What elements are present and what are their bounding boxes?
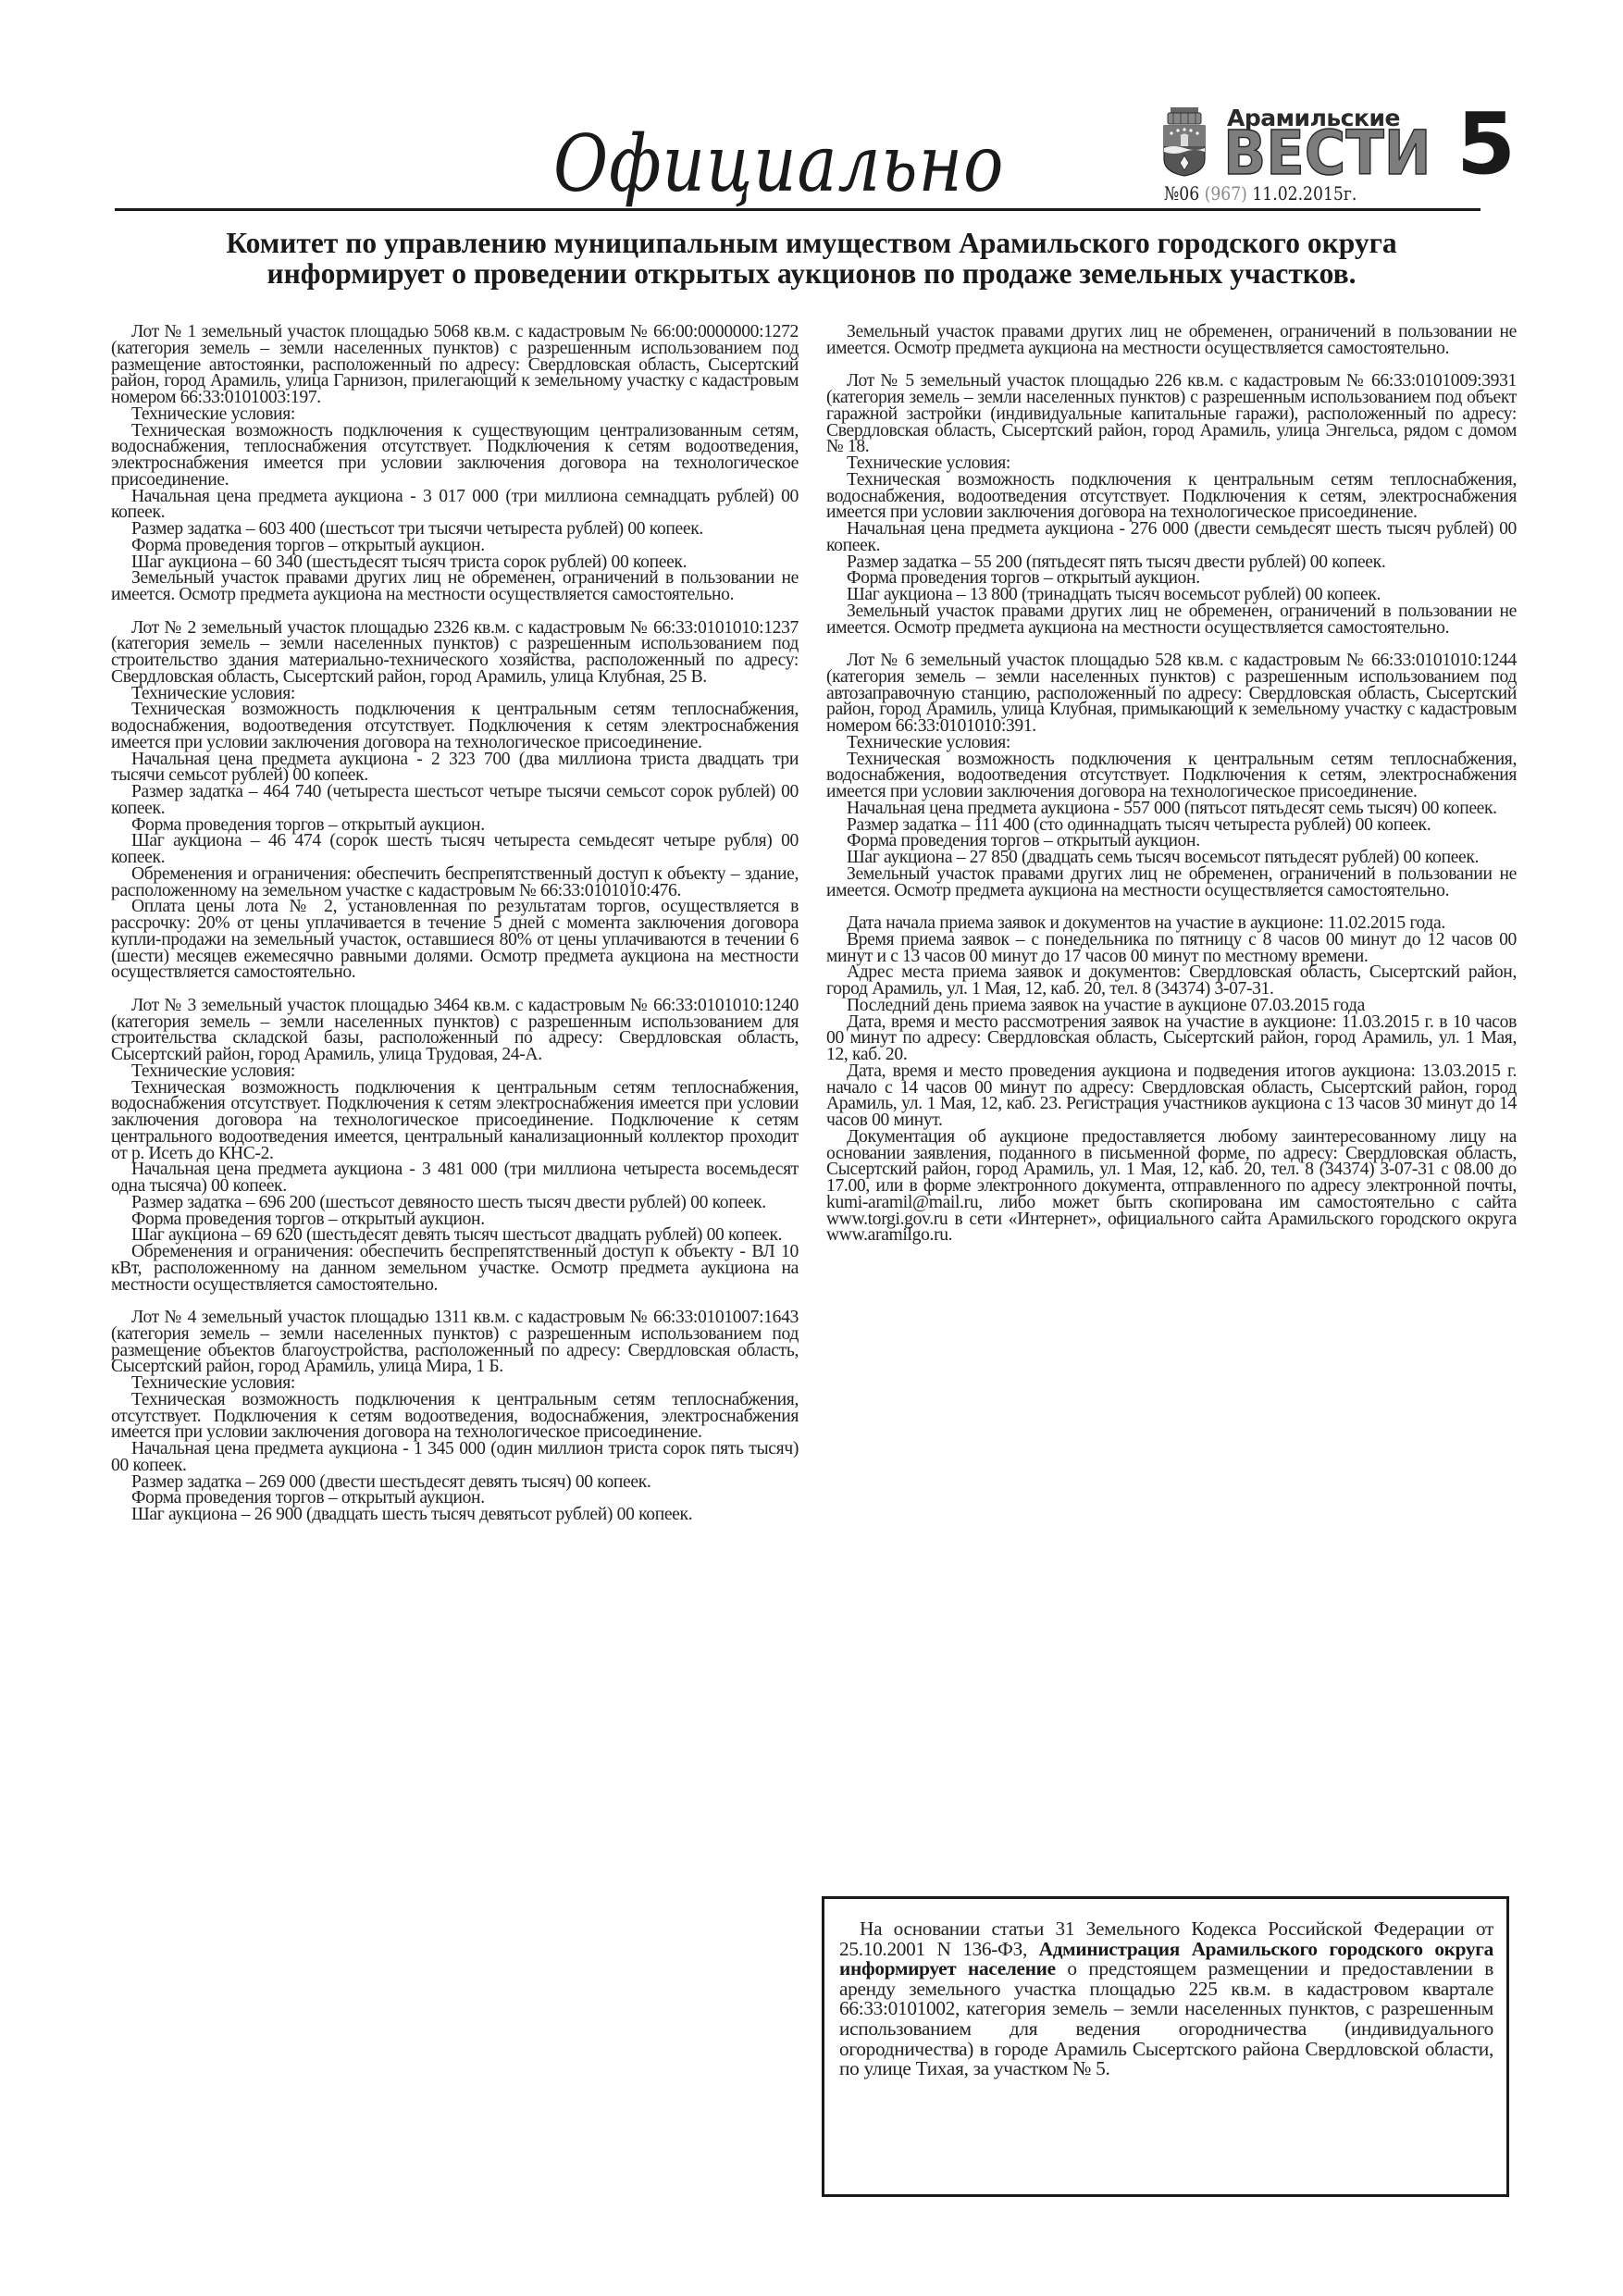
deposit: Размер задатка – 464 740 (четыреста шест… [111,784,799,817]
encumbrance: Земельный участок правами других лиц не … [826,603,1517,637]
lot-description: Лот № 3 земельный участок площадью 3464 … [111,998,799,1063]
auction-step: Шаг аукциона – 46 474 (сорок шесть тысяч… [111,833,799,866]
page-number: 5 [1456,100,1516,189]
start-price: Начальная цена предмета аукциона - 2 323… [111,751,799,785]
lot-description: Лот № 1 земельный участок площадью 5068 … [111,324,799,406]
left-column: Лот № 1 земельный участок площадью 5068 … [111,324,799,1523]
article-headline: Комитет по управлению муниципальным имущ… [115,228,1508,289]
tech-text: Техническая возможность подключения к су… [111,423,799,489]
lot-6: Лот № 6 земельный участок площадью 528 к… [826,652,1517,899]
tech-label: Технические условия: [111,406,799,423]
payment-terms: Оплата цены лота № 2, установленная по р… [111,899,799,981]
issue-number: №06 [1164,182,1199,205]
notice-text: На основании статьи 31 Земельного Кодекс… [839,1919,1493,2079]
tech-text: Техническая возможность подключения к це… [111,1392,799,1441]
lot-3: Лот № 3 земельный участок площадью 3464 … [111,998,799,1294]
lot-4: Лот № 4 земельный участок площадью 1311 … [111,1309,799,1523]
tech-text: Техническая возможность подключения к це… [111,1080,799,1162]
application-last-day: Последний день приема заявок на участие … [826,998,1517,1014]
encumbrance: Земельный участок правами других лиц не … [111,570,799,603]
lot-2: Лот № 2 земельный участок площадью 2326 … [111,620,799,982]
lot-description: Лот № 6 земельный участок площадью 528 к… [826,652,1517,735]
headline-line-2: информирует о проведении открытых аукцио… [115,258,1508,289]
start-price: Начальная цена предмета аукциона - 3 017… [111,489,799,522]
right-column: Земельный участок правами других лиц не … [826,324,1517,1244]
tech-text: Техническая возможность подключения к це… [111,701,799,751]
lot-5: Лот № 5 земельный участок площадью 226 к… [826,373,1517,636]
start-price: Начальная цена предмета аукциона - 3 481… [111,1161,799,1195]
auction-step: Шаг аукциона – 26 900 (двадцать шесть ты… [111,1507,799,1523]
lot-description: Лот № 5 земельный участок площадью 226 к… [826,373,1517,455]
tech-text: Техническая возможность подключения к це… [826,751,1517,800]
start-price: Начальная цена предмета аукциона - 276 0… [826,521,1517,554]
auction-form: Форма проведения торгов – открытый аукци… [111,538,799,554]
application-hours: Время приема заявок – с понедельника по … [826,932,1517,965]
coat-of-arms-icon [1162,105,1207,180]
headline-line-1: Комитет по управлению муниципальным имущ… [115,228,1508,258]
documentation-info: Документация об аукционе предоставляется… [826,1129,1517,1244]
issue-date: 11.02.2015г. [1252,182,1357,205]
start-price: Начальная цена предмета аукциона - 1 345… [111,1441,799,1474]
deposit: Размер задатка – 696 200 (шестьсот девян… [111,1195,799,1211]
tech-label: Технические условия: [826,735,1517,751]
auction-date: Дата, время и место проведения аукциона … [826,1063,1517,1129]
general-terms: Дата начала приема заявок и документов н… [826,915,1517,1244]
tech-label: Технические условия: [111,1063,799,1080]
encumbrance: Земельный участок правами других лиц не … [826,866,1517,900]
header-rule [115,208,1481,211]
encumbrance: Обременения и ограничения: обеспечить бе… [111,1244,799,1293]
paper-name-logo: ВЕСТИ [1223,126,1431,181]
application-address: Адрес места приема заявок и документов: … [826,964,1517,998]
lot-description: Лот № 2 земельный участок площадью 2326 … [111,620,799,686]
lot-1: Лот № 1 земельный участок площадью 5068 … [111,324,799,603]
issue-line: №06 (967) 11.02.2015г. [1164,181,1357,205]
notice-box: На основании статьи 31 Земельного Кодекс… [822,1896,1509,2197]
spacer [111,603,799,620]
lot-description: Лот № 4 земельный участок площадью 1311 … [111,1309,799,1375]
lot-4-encumbrance: Земельный участок правами других лиц не … [826,324,1517,357]
encumbrance: Обременения и ограничения: обеспечить бе… [111,866,799,900]
start-price: Начальная цена предмета аукциона - 557 0… [826,800,1517,817]
tech-text: Техническая возможность подключения к це… [826,472,1517,521]
issue-total: (967) [1205,182,1247,205]
section-title: Официально [553,113,1004,215]
review-date: Дата, время и место рассмотрения заявок … [826,1014,1517,1063]
